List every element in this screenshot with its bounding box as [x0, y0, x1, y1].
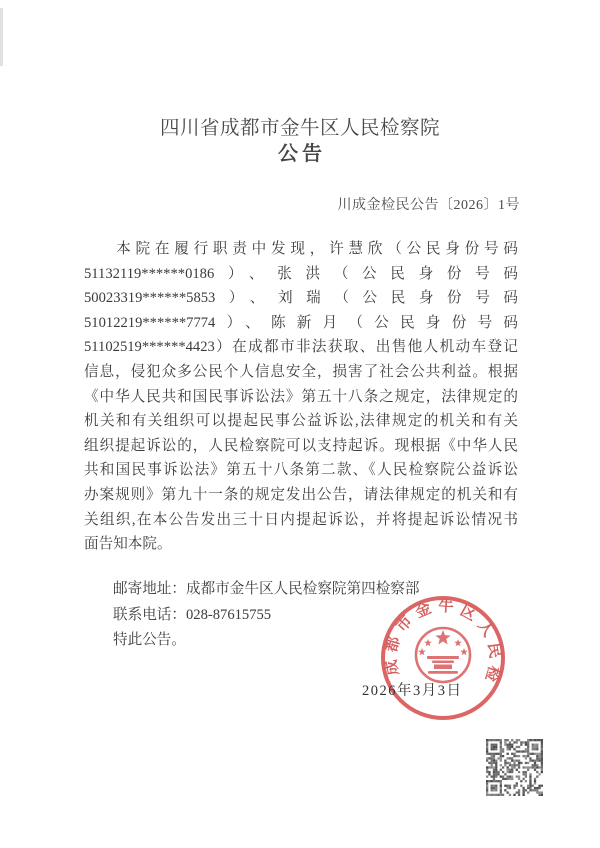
- body-line: 关组织,在本公告发出三十日内提起诉讼，并将提起诉讼情况书: [84, 508, 518, 533]
- org-title: 四川省成都市金牛区人民检察院: [0, 116, 600, 142]
- document-header: 四川省成都市金牛区人民检察院 公告: [0, 116, 600, 166]
- qr-code: [486, 739, 543, 796]
- body-line: 组织提起诉讼的，人民检察院可以支持起诉。现根据《中华人民: [84, 434, 518, 459]
- doc-type-title: 公告: [0, 142, 600, 166]
- body-line: 本院在履行职责中发现，许慧欣（公民身份号码: [84, 237, 518, 262]
- document-page: 四川省成都市金牛区人民检察院 公告 川成金检民公告〔2026〕1号 本院在履行职…: [0, 0, 600, 848]
- body-paragraph: 本院在履行职责中发现，许慧欣（公民身份号码51132119******0186）…: [84, 237, 518, 557]
- body-line: 信息，侵犯众多公民个人信息安全，损害了社会公共利益。根据: [84, 360, 518, 385]
- mailing-address-line: 邮寄地址：成都市金牛区人民检察院第四检察部: [113, 577, 533, 603]
- phone-line: 联系电话：028-87615755: [113, 603, 533, 629]
- closing-line: 特此公告。: [113, 628, 533, 654]
- body-line: 51102519******4423）在成都市非法获取、出售他人机动车登记: [84, 335, 518, 360]
- issue-date: 2026年3月3日: [362, 679, 463, 700]
- body-line: 50023319******5853）、刘瑞（公民身份号码: [84, 286, 518, 311]
- body-line: 办案规则》第九十一条的规定发出公告，请法律规定的机关和有: [84, 483, 518, 508]
- scan-artifact: [0, 8, 3, 66]
- doc-number: 川成金检民公告〔2026〕1号: [338, 194, 521, 214]
- body-line: 51012219******7774）、陈新月（公民身份号码: [84, 311, 518, 336]
- body-line: 51132119******0186）、张洪（公民身份号码: [84, 262, 518, 287]
- body-line: 《中华人民共和国民事诉讼法》第五十八条之规定，法律规定的: [84, 385, 518, 410]
- body-line: 机关和有关组织可以提起民事公益诉讼,法律规定的机关和有关: [84, 409, 518, 434]
- body-line: 面告知本院。: [84, 532, 518, 557]
- body-line: 共和国民事诉讼法》第五十八条第二款、《人民检察院公益诉讼: [84, 458, 518, 483]
- contact-block: 邮寄地址：成都市金牛区人民检察院第四检察部 联系电话：028-87615755 …: [113, 577, 533, 654]
